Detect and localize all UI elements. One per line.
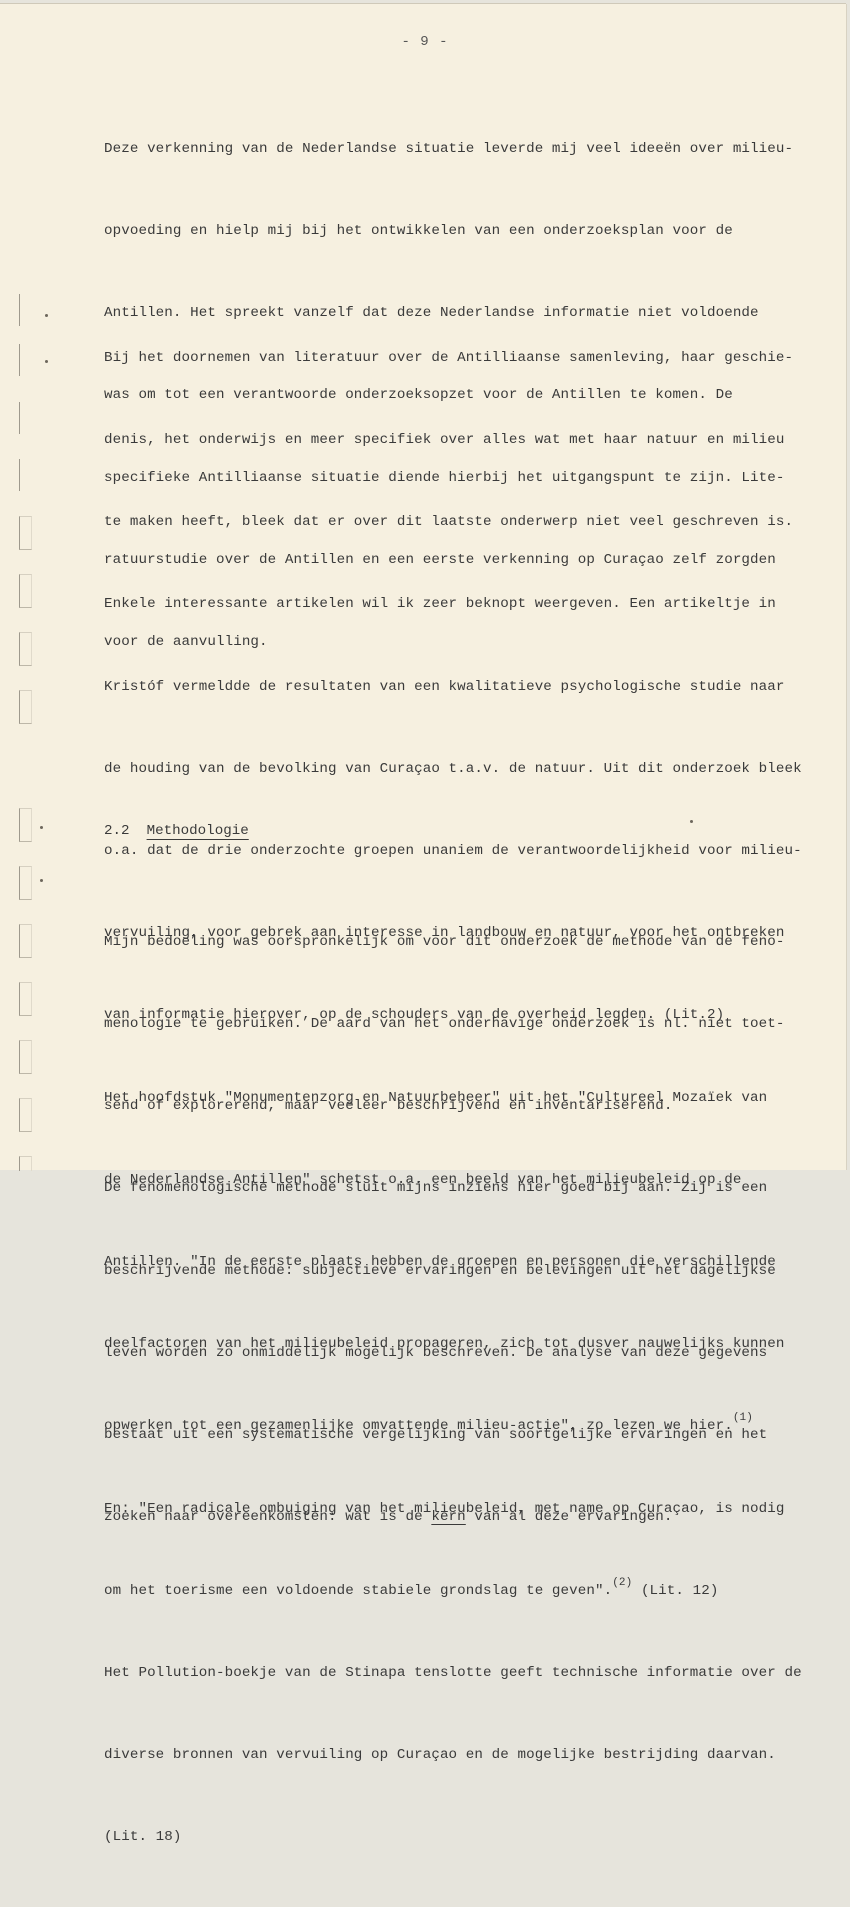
page-number: - 9 -	[0, 34, 850, 50]
binding-mark	[19, 344, 31, 376]
binding-mark	[19, 1156, 32, 1171]
paper-speck	[45, 360, 48, 363]
binding-mark	[19, 690, 32, 724]
paper-speck	[40, 879, 43, 882]
section-number: 2.2	[104, 823, 130, 839]
binding-mark	[19, 982, 32, 1016]
binding-mark	[19, 866, 32, 900]
paper-speck	[690, 820, 693, 823]
text-line: menologie te gebruiken. De aard van het …	[104, 1011, 834, 1038]
binding-mark	[19, 459, 31, 491]
section-title: Methodologie	[147, 823, 249, 839]
text-line: Deze verkenning van de Nederlandse situa…	[104, 136, 834, 163]
binding-mark	[19, 1040, 32, 1074]
text-line: o.a. dat de drie onderzochte groepen una…	[104, 838, 834, 865]
text-line: Enkele interessante artikelen wil ik zee…	[104, 591, 834, 618]
text-line: Mijn bedoeling was oorspronkelijk om voo…	[104, 929, 834, 956]
text-line: opvoeding en hielp mij bij het ontwikkel…	[104, 218, 834, 245]
section-heading: 2.2 Methodologie	[104, 823, 249, 839]
text-line: Kristóf vermeldde de resultaten van een …	[104, 674, 834, 701]
binding-mark	[19, 516, 32, 550]
binding-mark	[19, 808, 32, 842]
text-line: Bij het doornemen van literatuur over de…	[104, 345, 834, 372]
text-line: de houding van de bevolking van Curaçao …	[104, 756, 834, 783]
binding-mark	[19, 924, 32, 958]
paper-speck	[45, 314, 48, 317]
binding-mark	[19, 574, 32, 608]
document-page: - 9 - Deze verkenning van de Nederlandse…	[0, 4, 846, 1170]
binding-mark	[19, 294, 31, 326]
text-line: te maken heeft, bleek dat er over dit la…	[104, 509, 834, 536]
paper-speck	[40, 826, 43, 829]
text-line: denis, het onderwijs en meer specifiek o…	[104, 427, 834, 454]
binding-mark	[19, 632, 32, 666]
binding-mark	[19, 1098, 32, 1132]
paragraph-methodology: Mijn bedoeling was oorspronkelijk om voo…	[104, 874, 834, 1173]
binding-mark	[19, 402, 31, 434]
text-line: send of explorerend, maar veeleer beschr…	[104, 1093, 834, 1120]
